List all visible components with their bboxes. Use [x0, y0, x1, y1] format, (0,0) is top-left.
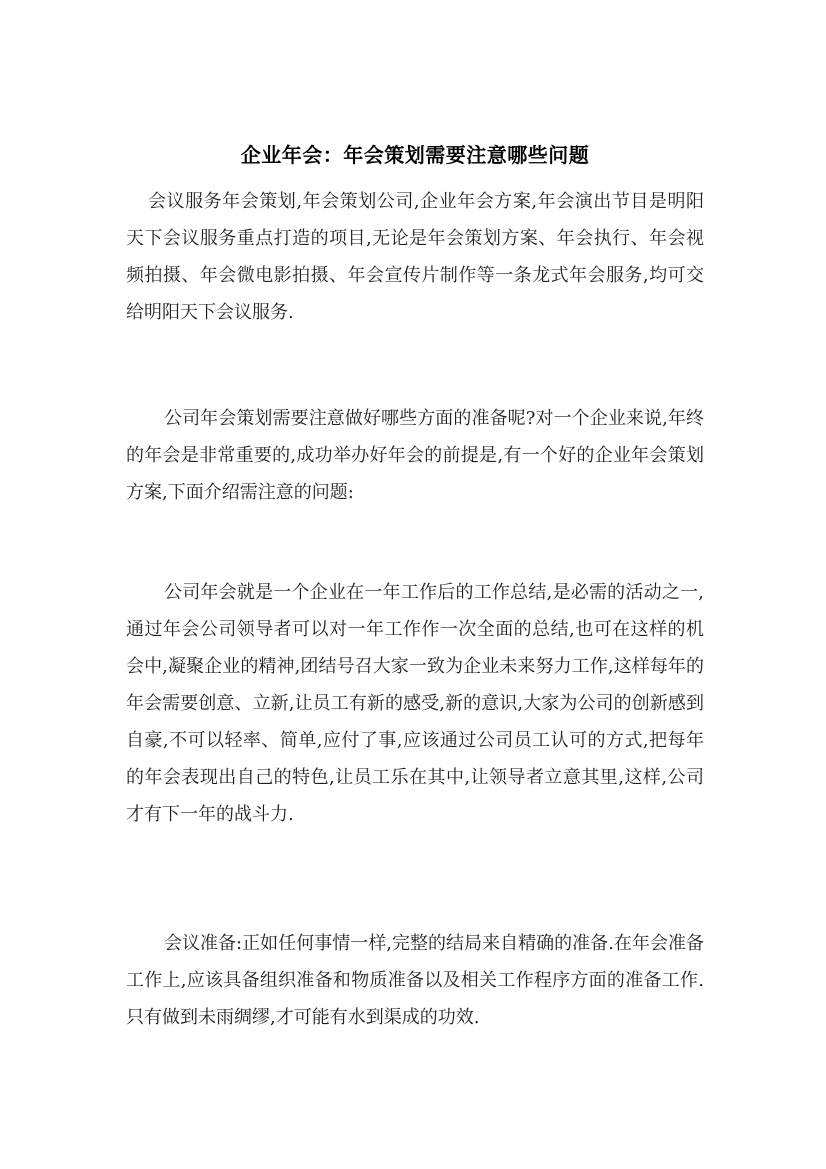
paragraph-annual-meeting-purpose: 公司年会就是一个企业在一年工作后的工作总结,是必需的活动之一,通过年会公司领导者…	[126, 574, 704, 833]
document-title: 企业年会：年会策划需要注意哪些问题	[126, 141, 704, 169]
paragraph-meeting-preparation: 会议准备:正如任何事情一样,完整的结局来自精确的准备.在年会准备工作上,应该具备…	[126, 925, 704, 1036]
paragraph-intro: 会议服务年会策划,年会策划公司,企业年会方案,年会演出节目是明阳天下会议服务重点…	[126, 183, 704, 331]
paragraph-preparation-question: 公司年会策划需要注意做好哪些方面的准备呢?对一个企业来说,年终的年会是非常重要的…	[126, 400, 704, 511]
